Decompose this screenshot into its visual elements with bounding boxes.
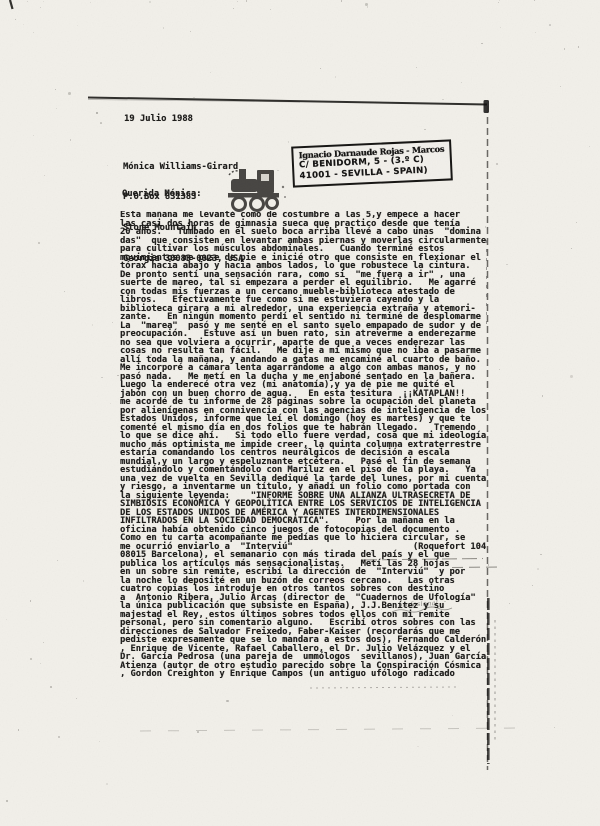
dotted-underline-mark [310, 687, 456, 688]
speck [499, 369, 500, 370]
speck [288, 141, 289, 142]
speck [193, 97, 195, 99]
speck [341, 0, 342, 1]
speck [509, 603, 510, 604]
paper-crease-line [140, 728, 522, 731]
salutation: Querida Mónica: [122, 189, 201, 199]
speck [106, 783, 108, 785]
speck [83, 580, 85, 582]
speck [117, 375, 118, 376]
speck [532, 585, 533, 586]
letter-body: Esta mañana me levanté como de costumbre… [120, 211, 488, 683]
speck [149, 1, 151, 3]
speck [112, 322, 113, 323]
speck [101, 377, 103, 379]
speck [481, 43, 483, 45]
speck [506, 264, 508, 266]
speck [578, 46, 580, 48]
speck [461, 82, 462, 83]
speck [18, 729, 20, 731]
speck [499, 0, 500, 1]
speck [55, 89, 56, 90]
speck [320, 68, 321, 69]
speck [442, 99, 444, 101]
speck [500, 27, 501, 28]
speck [56, 108, 57, 109]
speck [498, 2, 499, 3]
speck [540, 554, 541, 555]
speck [30, 600, 32, 602]
speck [6, 619, 8, 621]
page-corner-blob [484, 100, 490, 113]
speck [554, 727, 555, 728]
speck [452, 715, 453, 716]
speck [237, 1, 238, 2]
speck [64, 291, 65, 292]
speck [30, 658, 32, 660]
speck [560, 86, 561, 87]
speck [70, 139, 72, 141]
speck [335, 76, 337, 78]
speck [40, 7, 41, 8]
scanned-letter-page: 19 Julio 1988 Mónica Williams-Girard P.O… [0, 0, 600, 826]
speck [549, 24, 551, 26]
speck [233, 8, 234, 9]
speck [589, 146, 590, 147]
speck [210, 72, 211, 73]
speck [571, 248, 572, 249]
speck [92, 324, 94, 326]
stray-speck [100, 122, 102, 124]
speck [43, 642, 44, 643]
speck [90, 2, 91, 3]
speck [270, 9, 271, 10]
speck [226, 700, 229, 703]
speck [535, 32, 536, 33]
speck [50, 686, 52, 688]
speck [68, 92, 71, 95]
speck [15, 19, 16, 20]
speck [537, 568, 539, 570]
stray-speck [6, 800, 8, 802]
speck [542, 395, 543, 396]
top-left-tick-mark [10, 0, 13, 9]
speck [43, 1, 44, 2]
sender-address-stamp: Ignacio Darnaude Rojas - Marcos C/ BENID… [291, 139, 452, 187]
speck [570, 375, 573, 378]
speck [110, 403, 111, 404]
speck [190, 31, 191, 32]
speck [246, 0, 247, 1]
speck [197, 731, 199, 733]
speck [33, 135, 34, 136]
speck [40, 663, 41, 664]
speck [27, 1, 28, 2]
speck [99, 741, 100, 742]
speck [107, 165, 108, 166]
doodle-stamp-icon [226, 167, 290, 215]
page-top-edge-echo [88, 100, 300, 103]
speck [23, 24, 24, 25]
speck [163, 27, 165, 29]
speck [38, 242, 40, 244]
speck [33, 32, 34, 33]
stray-speck [96, 112, 98, 114]
speck [417, 746, 418, 747]
speck [178, 98, 179, 99]
letter-date: 19 Julio 1988 [124, 114, 193, 124]
speck [76, 698, 77, 699]
speck [365, 3, 368, 6]
speck [77, 25, 78, 26]
speck [564, 48, 565, 49]
speck [416, 67, 417, 68]
speck [424, 129, 425, 130]
speck [534, 0, 535, 1]
speck [367, 6, 368, 7]
page-top-edge-line [88, 98, 487, 105]
speck [496, 163, 498, 165]
speck [57, 560, 58, 561]
speck [44, 175, 45, 176]
speck [576, 222, 577, 223]
speck [58, 736, 59, 737]
